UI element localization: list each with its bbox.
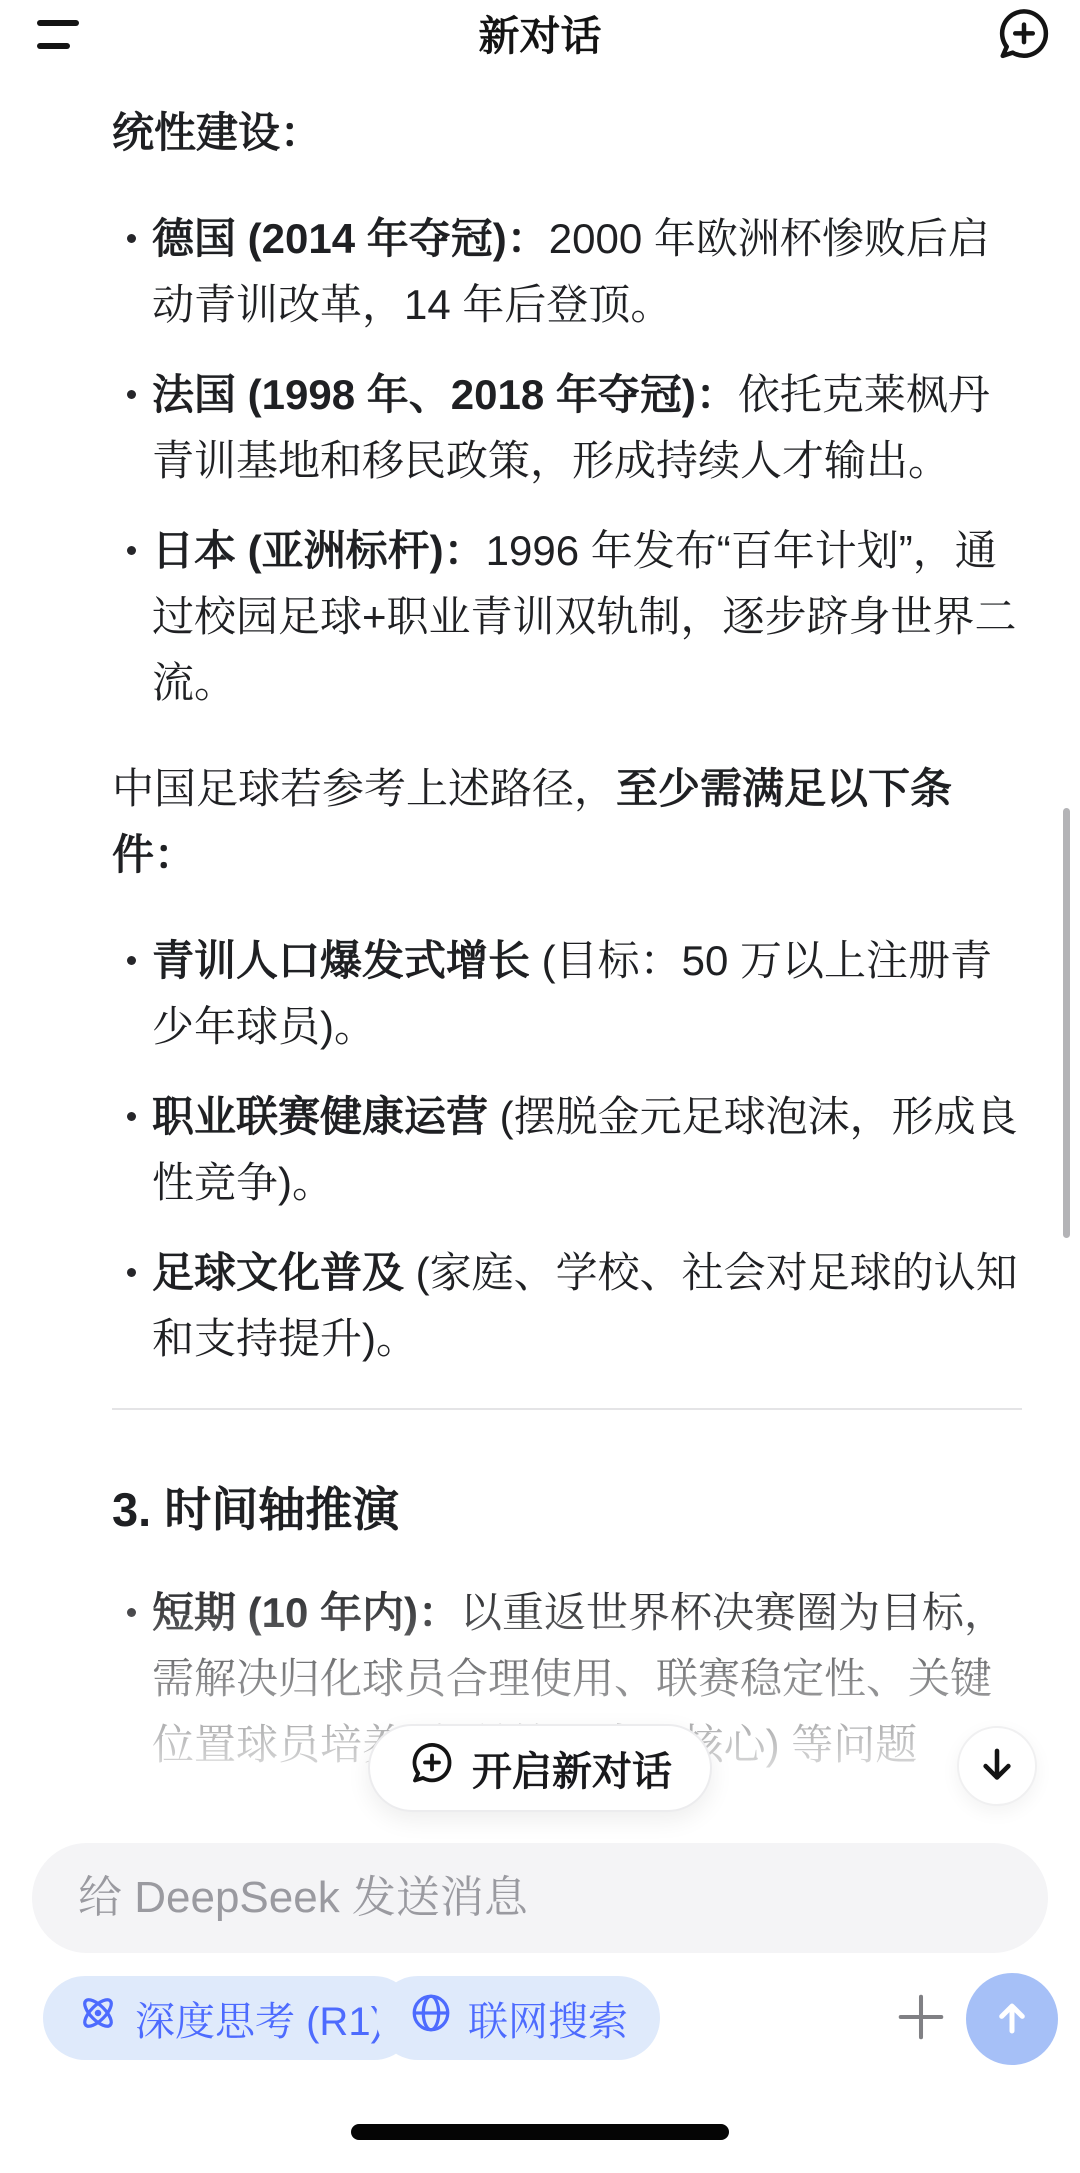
menu-icon (37, 43, 70, 49)
composer (32, 1843, 1048, 1953)
bullet-dot-icon (127, 390, 136, 399)
list-item: 德国 (2014 年夺冠)：2000 年欧洲杯惨败后启动青训改革，14 年后登顶… (112, 206, 1022, 338)
plus-icon (894, 2032, 948, 2047)
content-paragraph: 中国足球若参考上述路径，至少需满足以下条件： (112, 756, 1022, 888)
arrow-down-icon (971, 1739, 1023, 1794)
arrow-up-icon (986, 1992, 1038, 2047)
text-bold: 青训人口爆发式增长 (152, 937, 530, 984)
text-bold: 统性建设： (112, 109, 322, 156)
message-input[interactable] (32, 1843, 1048, 1953)
web-search-label: 联网搜索 (468, 1990, 628, 2047)
scrollbar-thumb[interactable] (1063, 808, 1070, 1238)
list-item: 足球文化普及 (家庭、学校、社会对足球的认知和支持提升)。 (112, 1240, 1022, 1372)
new-chat-button[interactable] (994, 4, 1054, 64)
bullet-dot-icon (127, 956, 136, 965)
chat-bubble-plus-icon (408, 1739, 456, 1797)
web-search-toggle[interactable]: 联网搜索 (376, 1976, 660, 2060)
bullet-dot-icon (127, 234, 136, 243)
section-heading: 3. 时间轴推演 (112, 1480, 1022, 1540)
text-bold: 法国 (1998 年、2018 年夺冠)： (152, 371, 738, 418)
deep-think-toggle[interactable]: 深度思考 (R1) (43, 1976, 416, 2060)
attach-button[interactable] (894, 1990, 948, 2044)
list-item: 日本 (亚洲标杆)：1996 年发布“百年计划”，通过校园足球+职业青训双轨制，… (112, 518, 1022, 716)
start-new-chat-button[interactable]: 开启新对话 (368, 1724, 712, 1812)
list-item: 职业联赛健康运营 (摆脱金元足球泡沫，形成良性竞争)。 (112, 1084, 1022, 1216)
globe-icon (408, 1990, 454, 2046)
text-regular: 中国足球若参考上述路径， (112, 765, 616, 812)
content-paragraph: 统性建设： (112, 100, 1022, 166)
chat-bubble-plus-icon (994, 52, 1054, 67)
scroll-to-bottom-button[interactable] (957, 1726, 1037, 1806)
message-content: 统性建设：德国 (2014 年夺冠)：2000 年欧洲杯惨败后启动青训改革，14… (0, 92, 1080, 1778)
text-bold: 职业联赛健康运营 (152, 1093, 488, 1140)
text-bold: 短期 (10 年内)： (152, 1589, 460, 1636)
text-bold: 德国 (2014 年夺冠)： (152, 215, 549, 262)
composer-toolbar: 深度思考 (R1) 联网搜索 (0, 1972, 1080, 2068)
bullet-list: 青训人口爆发式增长 (目标：50 万以上注册青少年球员)。职业联赛健康运营 (摆… (112, 928, 1022, 1372)
bullet-list: 德国 (2014 年夺冠)：2000 年欧洲杯惨败后启动青训改革，14 年后登顶… (112, 206, 1022, 716)
send-button[interactable] (966, 1973, 1058, 2065)
page-title: 新对话 (200, 12, 880, 60)
text-bold: 日本 (亚洲标杆)： (152, 527, 486, 574)
atom-icon (75, 1990, 121, 2046)
start-new-chat-label: 开启新对话 (472, 1740, 672, 1797)
list-item: 法国 (1998 年、2018 年夺冠)：依托克莱枫丹青训基地和移民政策，形成持… (112, 362, 1022, 494)
bullet-dot-icon (127, 546, 136, 555)
section-divider (112, 1408, 1022, 1410)
deep-think-label: 深度思考 (R1) (135, 1990, 384, 2047)
bullet-dot-icon (127, 1112, 136, 1121)
sidebar-menu-button[interactable] (37, 14, 87, 54)
menu-icon (37, 20, 79, 26)
bullet-dot-icon (127, 1608, 136, 1617)
text-bold: 3. 时间轴推演 (112, 1483, 399, 1536)
list-item: 青训人口爆发式增长 (目标：50 万以上注册青少年球员)。 (112, 928, 1022, 1060)
home-indicator[interactable] (351, 2124, 729, 2140)
top-bar: 新对话 (0, 0, 1080, 92)
text-bold: 足球文化普及 (152, 1249, 404, 1296)
bullet-dot-icon (127, 1268, 136, 1277)
